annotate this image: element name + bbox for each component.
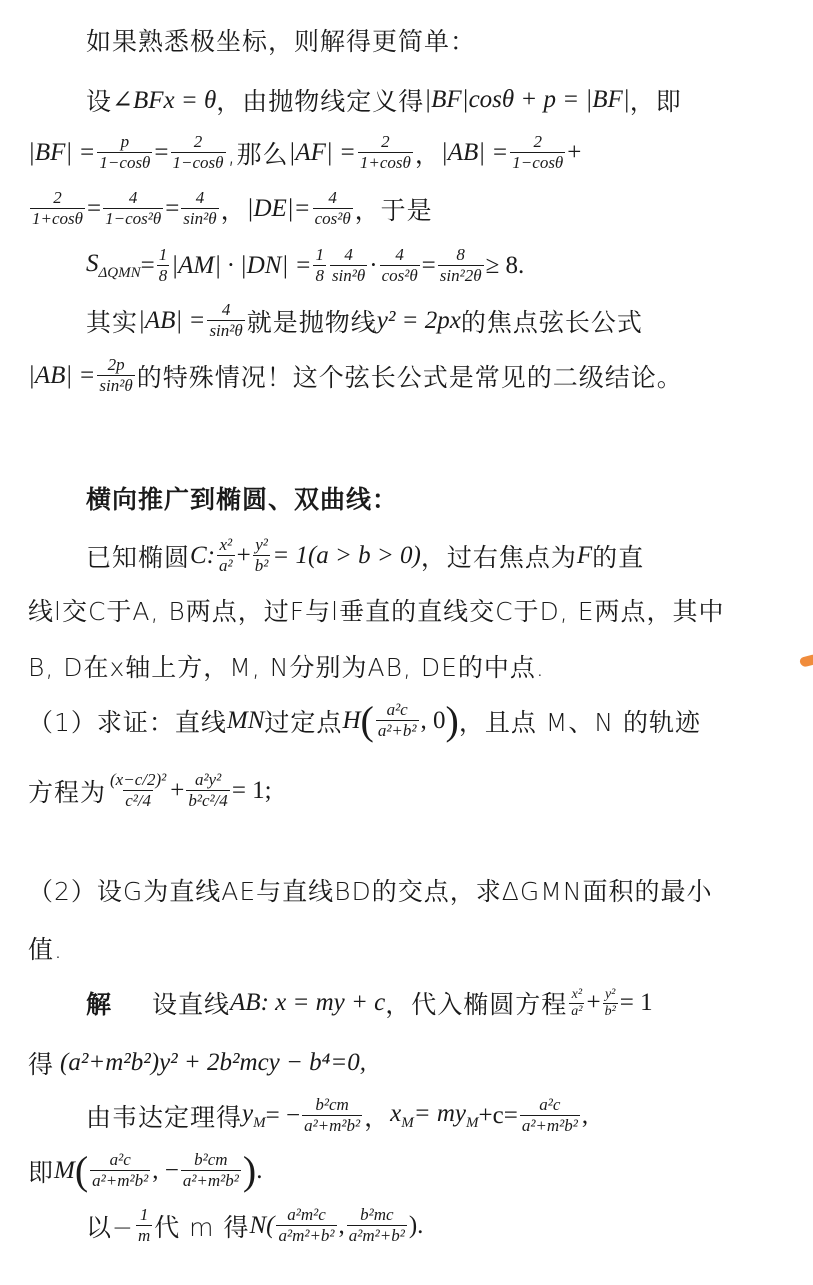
- math: |AB| =: [441, 139, 508, 167]
- fraction: 18: [157, 245, 170, 286]
- math: +: [567, 139, 581, 167]
- math: =: [141, 252, 155, 280]
- text: ，: [415, 135, 441, 171]
- math: xM: [390, 1100, 414, 1132]
- fraction: 21+cosθ: [358, 132, 413, 173]
- fraction: 18: [313, 245, 326, 286]
- math: F: [577, 542, 592, 570]
- fraction: 4cos²θ: [313, 188, 353, 229]
- paragraph-angle-def: 设 ∠BFx = θ ，由抛物线定义得 |BF|cosθ + p = |BF| …: [86, 82, 682, 118]
- text: （1）求证：直线: [28, 703, 227, 739]
- fraction: 4cos²θ: [380, 245, 420, 286]
- paragraph-polar-intro: 如果熟悉极坐标，则解得更简单：: [86, 22, 476, 58]
- fraction: 4sin²θ: [207, 300, 244, 341]
- fraction: 21−cosθ: [510, 132, 565, 173]
- math: y² = 2px: [377, 307, 461, 335]
- math: = 1(a > b > 0): [272, 542, 421, 570]
- math: |BF|cosθ + p = |BF|: [424, 86, 629, 114]
- equation-ab-de: 21+cosθ = 41−cos²θ = 4sin²θ ， |DE|= 4cos…: [28, 188, 433, 229]
- math: |DE|=: [247, 195, 311, 223]
- text: B, D在x轴上方，M, N分别为AB, DE的中点.: [28, 648, 545, 684]
- question-1: （1）求证：直线 MN 过定点 H ( a²ca²+b² , 0 ) ，且点 M…: [28, 700, 701, 741]
- fraction: (x−c/2)²c²/4: [108, 770, 168, 811]
- solution-quadratic: 得 (a²+m²b²)y² + 2b²mcy − b⁴=0,: [28, 1045, 366, 1081]
- math: = −: [266, 1102, 300, 1130]
- section-heading: 横向推广到椭圆、双曲线：: [86, 480, 398, 516]
- text: 得: [28, 1045, 54, 1081]
- text: 过定点: [264, 703, 342, 739]
- paragraph-line-intersect: 线l交C于A, B两点，过F与l垂直的直线交C于D, E两点，其中: [28, 592, 725, 628]
- text: 设: [86, 82, 112, 118]
- math: ≥ 8.: [486, 252, 525, 280]
- fraction: a²m²ca²m²+b²: [276, 1205, 336, 1246]
- fraction: y²b²: [253, 535, 271, 576]
- math: |AF| =: [288, 139, 355, 167]
- text: ，: [364, 1098, 390, 1134]
- math: (a²+m²b²)y² + 2b²mcy − b⁴=0,: [60, 1049, 366, 1077]
- math: |AB| =: [138, 307, 205, 335]
- paragraph-ellipse-given: 已知椭圆 C: x²a² + y²b² = 1(a > b > 0) ，过右焦点…: [86, 535, 644, 576]
- text: 由韦达定理得: [86, 1098, 242, 1134]
- text: ，: [221, 191, 247, 227]
- fraction: 21−cosθ: [171, 132, 226, 173]
- text: 以−: [86, 1208, 134, 1244]
- math: H: [342, 707, 360, 735]
- annotation-marker: [799, 654, 813, 668]
- math: ·: [369, 252, 377, 280]
- math: ∠BFx = θ: [112, 85, 216, 115]
- question-1-locus: 方程为 (x−c/2)²c²/4 + a²y²b²c²/4 = 1;: [28, 770, 272, 811]
- math: +: [237, 542, 251, 570]
- text: 的直: [592, 538, 644, 574]
- solution-point-m: 即 M ( a²ca²+m²b² , − b²cma²+m²b² ) .: [28, 1150, 262, 1191]
- equation-bf-af-ab: |BF| = p1−cosθ = 21−cosθ ,那么 |AF| = 21+c…: [28, 132, 581, 173]
- fraction: 4sin²θ: [330, 245, 367, 286]
- solution-vieta: 由韦达定理得 yM = − b²cma²+m²b² ， xM = myM +c=…: [86, 1095, 588, 1136]
- math: SΔQMN: [86, 250, 141, 282]
- solution-label: 解: [86, 985, 112, 1021]
- math: AB: x = my + c: [230, 989, 385, 1017]
- text: 代 m 得: [154, 1208, 249, 1244]
- heading: 横向推广到椭圆、双曲线：: [86, 480, 398, 516]
- math: =: [154, 139, 168, 167]
- fraction: b²cma²+m²b²: [302, 1095, 362, 1136]
- paragraph-midpoints: B, D在x轴上方，M, N分别为AB, DE的中点.: [28, 648, 545, 684]
- text: ，过右焦点为: [421, 538, 577, 574]
- fraction: a²y²b²c²/4: [186, 770, 229, 811]
- math: .: [256, 1157, 262, 1185]
- text: 其实: [86, 303, 138, 339]
- math: =: [87, 195, 101, 223]
- fraction: p1−cosθ: [97, 132, 152, 173]
- text: 值.: [28, 930, 63, 966]
- question-2: （2）设G为直线AE与直线BD的交点，求ΔGMN面积的最小: [28, 872, 713, 908]
- text: 的特殊情况！这个弦长公式是常见的二级结论。: [137, 358, 683, 394]
- math: +c=: [479, 1102, 518, 1130]
- question-2-cont: 值.: [28, 930, 63, 966]
- text: 即: [28, 1153, 54, 1189]
- math: +: [170, 777, 184, 805]
- math: = myM: [414, 1100, 479, 1132]
- paragraph-special-case: |AB| = 2psin²θ 的特殊情况！这个弦长公式是常见的二级结论。: [28, 355, 683, 396]
- math: N(: [249, 1212, 274, 1240]
- text: ，代入椭圆方程: [385, 985, 567, 1021]
- math: +: [586, 989, 600, 1017]
- fraction: 8sin²2θ: [438, 245, 484, 286]
- math: =: [422, 252, 436, 280]
- text: 线l交C于A, B两点，过F与l垂直的直线交C于D, E两点，其中: [28, 592, 725, 628]
- fraction: b²cma²+m²b²: [181, 1150, 241, 1191]
- fraction: 21+cosθ: [30, 188, 85, 229]
- math: M: [54, 1157, 75, 1185]
- text: 如果熟悉极坐标，则解得更简单：: [86, 22, 476, 58]
- text: 设直线: [152, 985, 230, 1021]
- math: = 1;: [232, 777, 272, 805]
- math: |AM| · |DN| =: [171, 252, 311, 280]
- math: |AB| =: [28, 362, 95, 390]
- fraction: y²b²: [603, 987, 618, 1020]
- text: 已知椭圆: [86, 538, 190, 574]
- math: , −: [152, 1157, 179, 1185]
- math: =: [165, 195, 179, 223]
- fraction: 41−cos²θ: [103, 188, 163, 229]
- math: C:: [190, 542, 215, 570]
- text: ，于是: [355, 191, 433, 227]
- text: 方程为: [28, 773, 106, 809]
- text: ,那么: [228, 135, 289, 171]
- solution-intro: 解 设直线 AB: x = my + c ，代入椭圆方程 x²a² + y²b²…: [86, 985, 653, 1021]
- text: ，且点 M、N 的轨迹: [459, 703, 701, 739]
- fraction: b²mca²m²+b²: [347, 1205, 407, 1246]
- text: ，即: [630, 82, 682, 118]
- math: |BF| =: [28, 139, 95, 167]
- solution-point-n: 以− 1m 代 m 得 N( a²m²ca²m²+b² , b²mca²m²+b…: [86, 1205, 423, 1246]
- math: ,: [582, 1102, 588, 1130]
- fraction: a²ca²+b²: [376, 700, 419, 741]
- math: ,: [339, 1212, 345, 1240]
- fraction: 1m: [136, 1205, 152, 1246]
- paragraph-focal-chord: 其实 |AB| = 4sin²θ 就是抛物线 y² = 2px 的焦点弦长公式: [86, 300, 643, 341]
- math: , 0: [421, 707, 446, 735]
- text: （2）设G为直线AE与直线BD的交点，求ΔGMN面积的最小: [28, 872, 713, 908]
- text: 就是抛物线: [247, 303, 377, 339]
- math: = 1: [620, 989, 653, 1017]
- fraction: 2psin²θ: [97, 355, 134, 396]
- text: 的焦点弦长公式: [461, 303, 643, 339]
- equation-area-qmn: SΔQMN = 18 |AM| · |DN| = 18 4sin²θ · 4co…: [86, 245, 524, 286]
- fraction: 4sin²θ: [181, 188, 218, 229]
- math: MN: [227, 707, 265, 735]
- math: ).: [409, 1212, 424, 1240]
- fraction: a²ca²+m²b²: [520, 1095, 580, 1136]
- fraction: x²a²: [569, 987, 584, 1020]
- math: yM: [242, 1100, 266, 1132]
- fraction: a²ca²+m²b²: [90, 1150, 150, 1191]
- text: ，由抛物线定义得: [216, 82, 424, 118]
- fraction: x²a²: [217, 535, 235, 576]
